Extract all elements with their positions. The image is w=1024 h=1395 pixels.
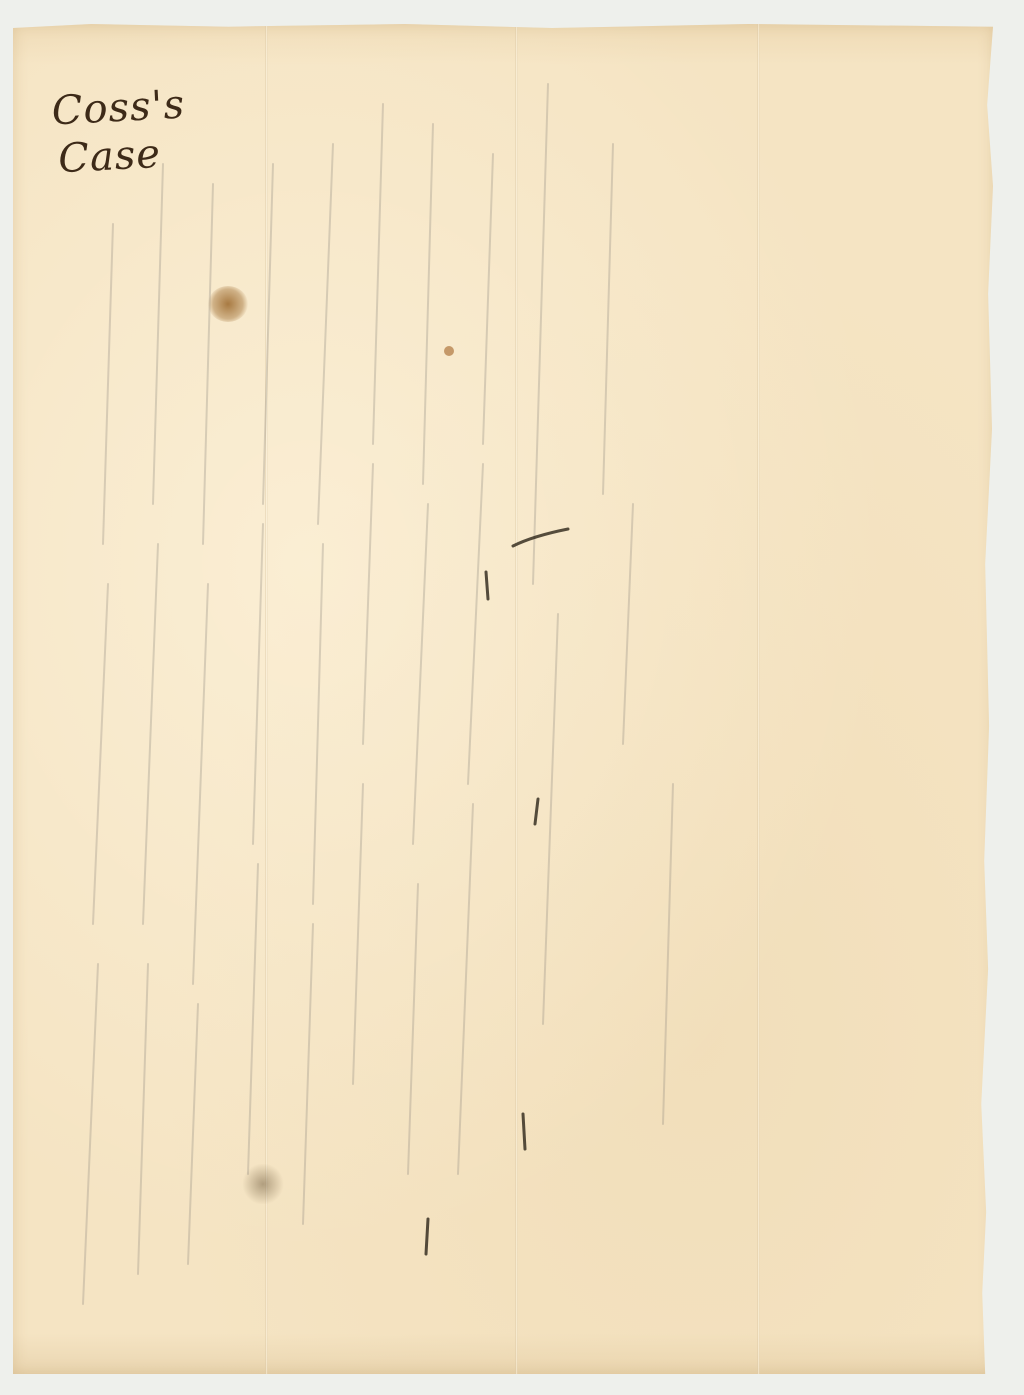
smudge bbox=[241, 1164, 285, 1204]
ink-stain bbox=[208, 286, 248, 322]
document-heading: Coss's Case bbox=[51, 81, 189, 184]
manuscript-page: Coss's Case bbox=[13, 24, 993, 1374]
heading-line-1: Coss's bbox=[51, 81, 187, 136]
fold-line bbox=[515, 24, 518, 1374]
ink-spot bbox=[444, 346, 454, 356]
fold-line bbox=[757, 24, 760, 1374]
heading-line-2: Case bbox=[57, 129, 189, 184]
bleed-through-text bbox=[13, 24, 993, 1374]
